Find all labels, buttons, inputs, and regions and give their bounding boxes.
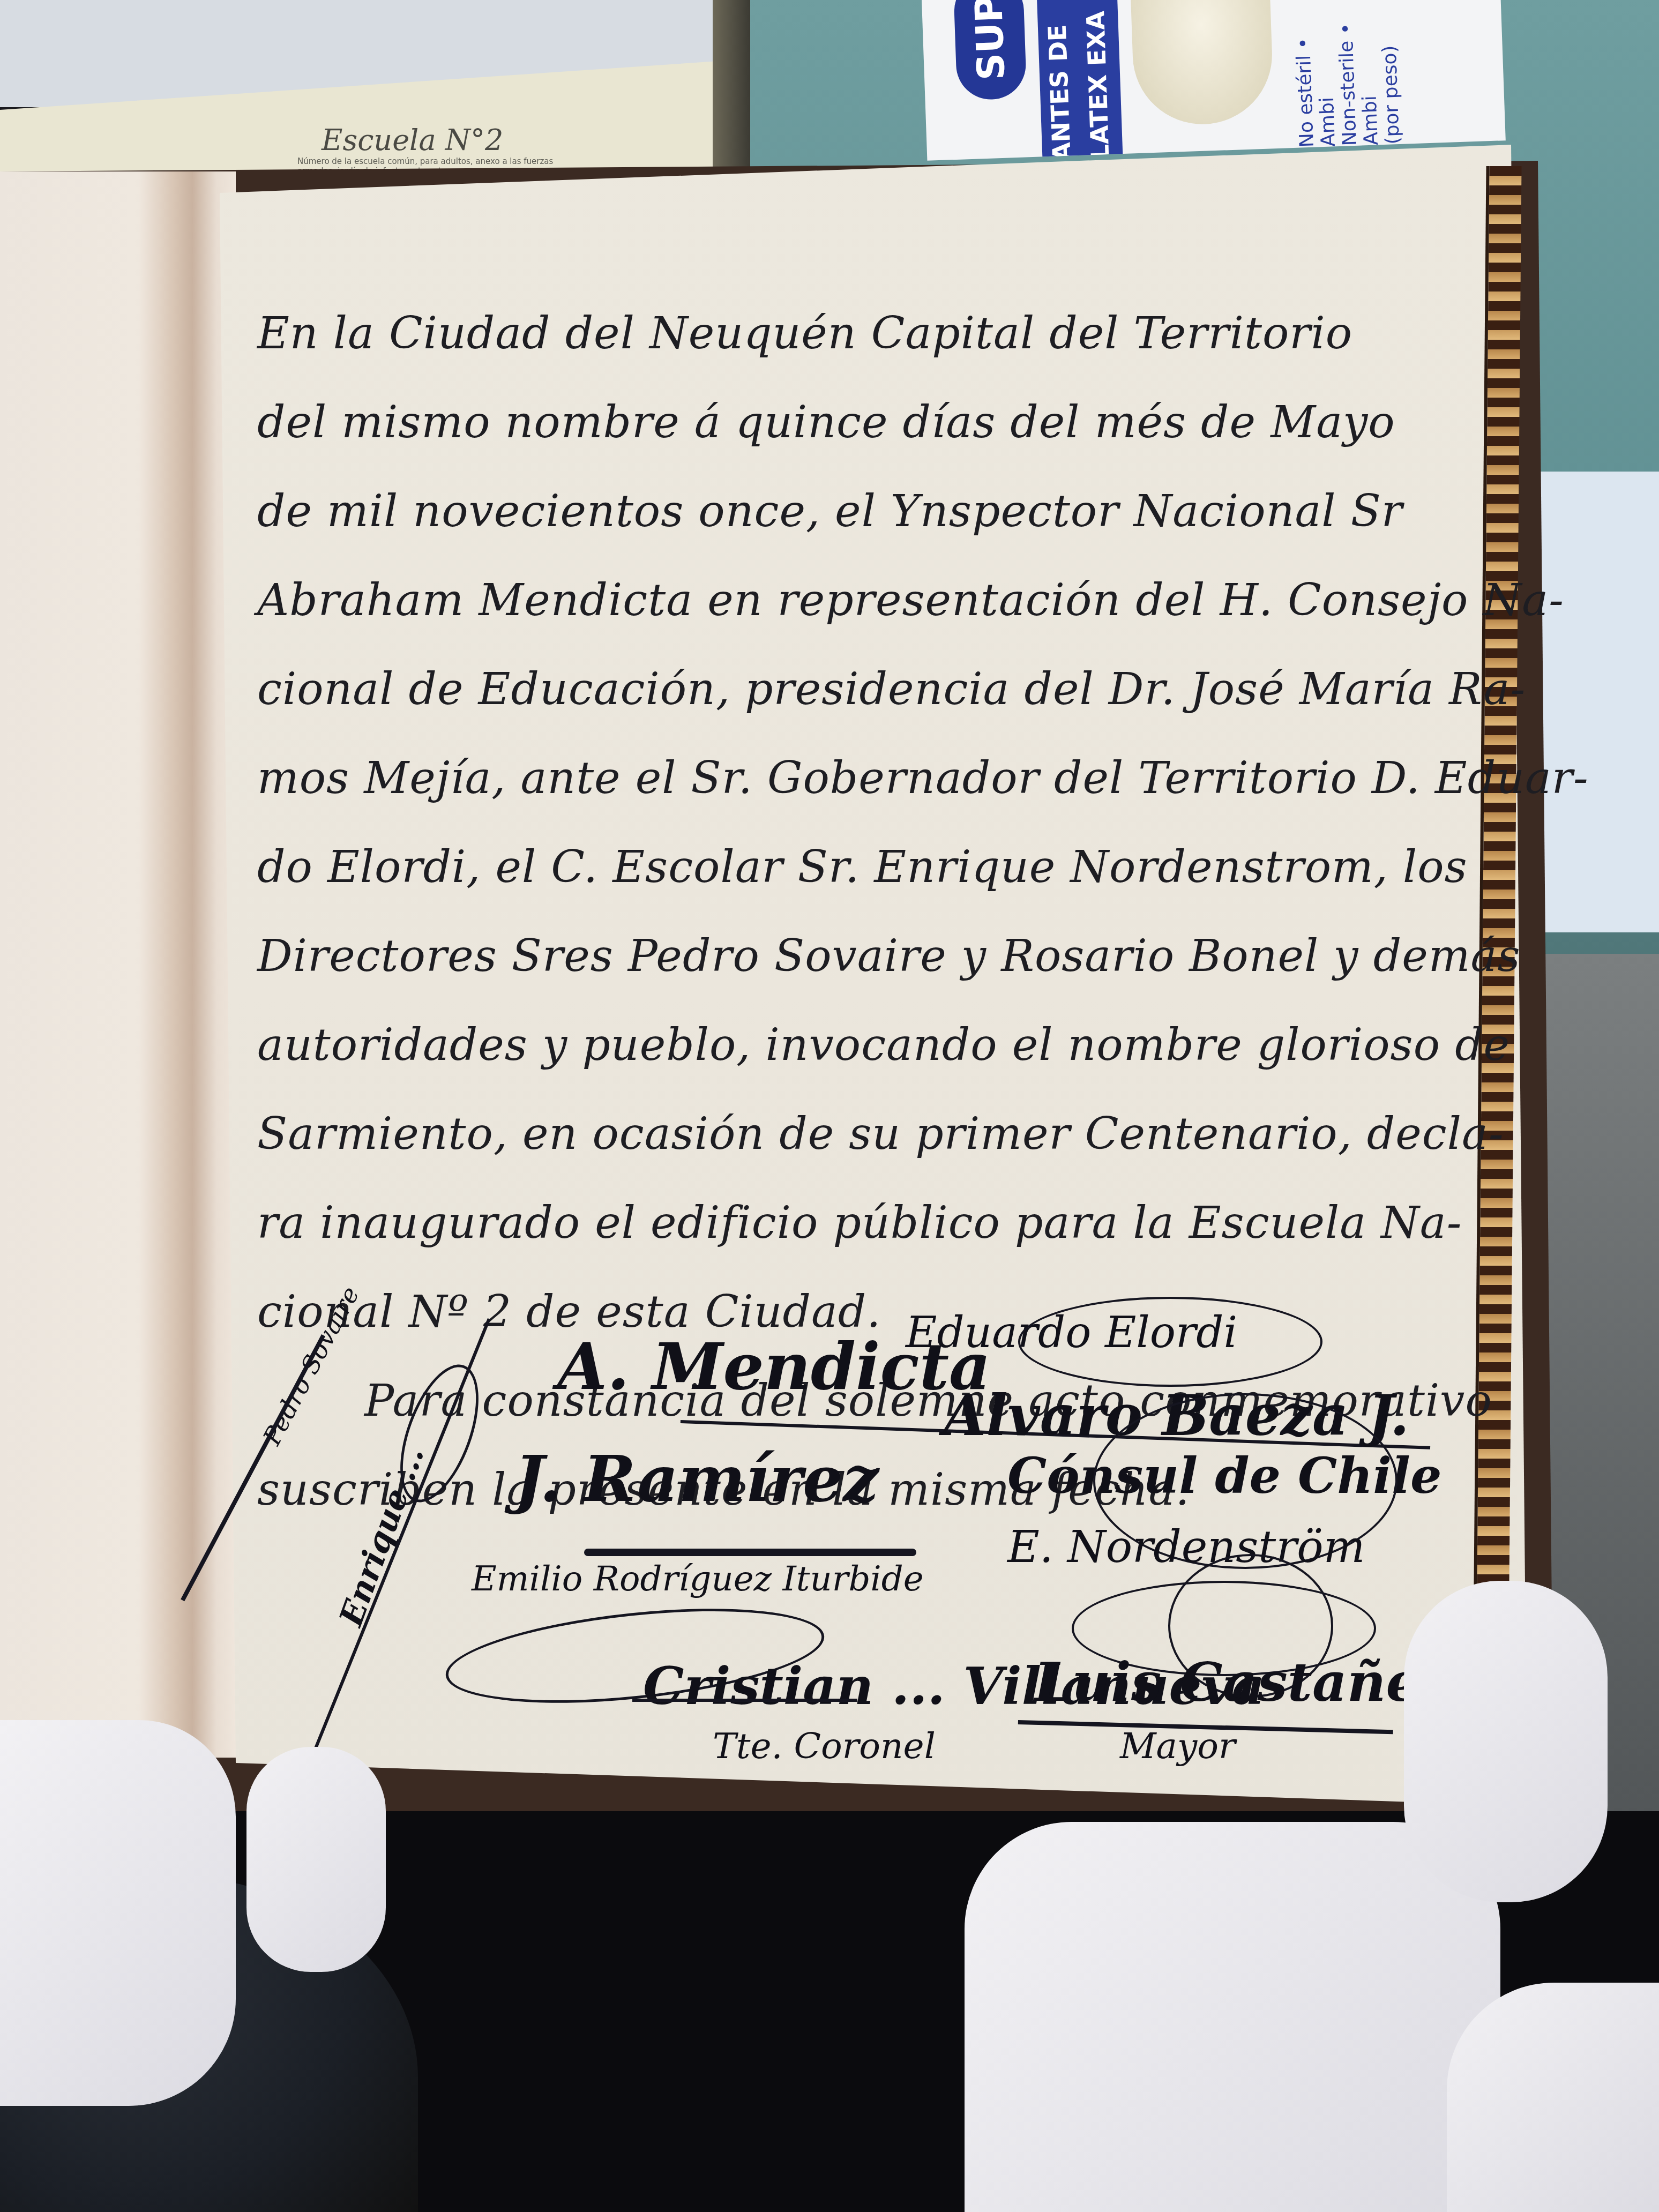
gloved-fingers-right — [1404, 1581, 1608, 1902]
signature-underline — [632, 1699, 857, 1702]
signature-stroke — [181, 1334, 325, 1601]
gloved-thumb-left — [246, 1747, 386, 1972]
signature-nordenstrom: E. Nordenström — [1007, 1522, 1365, 1573]
gloved-hand-left — [0, 1720, 236, 2106]
gloved-thumb-right — [1447, 1983, 1659, 2212]
signature-underline — [584, 1549, 916, 1556]
signature-rodriguez-iturbide: Emilio Rodríguez Iturbide — [472, 1559, 924, 1599]
signature-ramirez: J. Ramírez — [514, 1441, 879, 1516]
signature-castaneda-rank: Mayor — [1120, 1725, 1236, 1767]
signature-villanueva-rank: Tte. Coronel — [713, 1725, 936, 1767]
gloved-hand-right — [965, 1822, 1500, 2212]
signature-flourish — [1018, 1297, 1322, 1387]
